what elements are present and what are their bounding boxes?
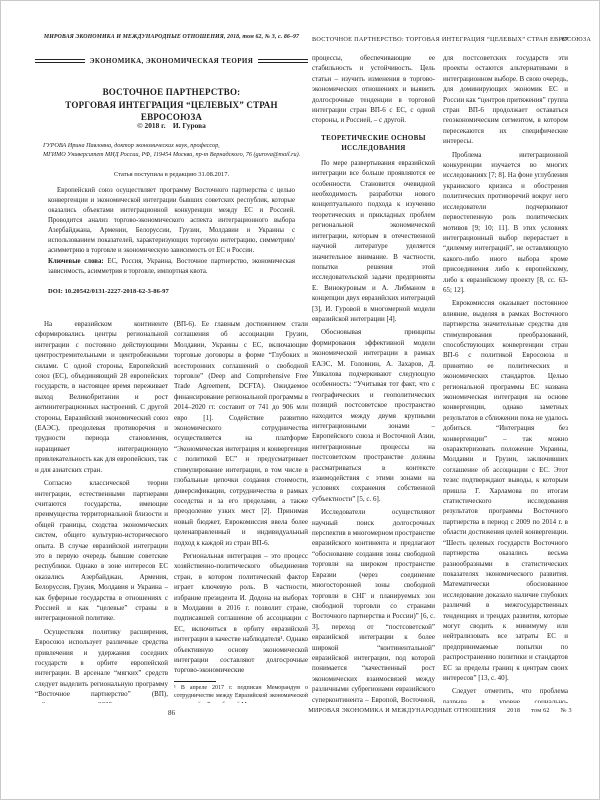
paragraph: Еврокомиссия оказывает постоянное влияни… bbox=[443, 298, 568, 683]
doi-line: DOI: 10.20542/0131-2227-2018-62-3-86-97 bbox=[48, 288, 295, 295]
left-page: МИРОВАЯ ЭКОНОМИКА И МЕЖДУНАРОДНЫЕ ОТНОШЕ… bbox=[35, 0, 308, 800]
paragraph: для постсоветских государств эти проекты… bbox=[443, 53, 568, 147]
footnote-rule bbox=[174, 681, 216, 682]
journal-header-line: МИРОВАЯ ЭКОНОМИКА И МЕЖДУНАРОДНЫЕ ОТНОШЕ… bbox=[35, 34, 308, 40]
banner-rule-left bbox=[35, 59, 85, 63]
footer-journal-name: МИРОВАЯ ЭКОНОМИКА И МЕЖДУНАРОДНЫЕ ОТНОШЕ… bbox=[308, 707, 496, 714]
paragraph: Следует отметить, что проблема разрыва в… bbox=[443, 686, 568, 703]
page-number-right: 87 bbox=[562, 36, 569, 43]
section-heading-line1: ТЕОРЕТИЧЕСКИЕ ОСНОВЫ bbox=[312, 133, 435, 143]
article-title-line2: ТОРГОВАЯ ИНТЕГРАЦИЯ “ЦЕЛЕВЫХ” СТРАН ЕВРО… bbox=[35, 99, 308, 124]
journal-footer: МИРОВАЯ ЭКОНОМИКА И МЕЖДУНАРОДНЫЕ ОТНОШЕ… bbox=[312, 707, 568, 714]
left-page-column-2: (ВП-6). Ее главным достижением стали сог… bbox=[174, 319, 308, 703]
affiliation-line2: МГИМО Университет МИД России, РФ, 119454… bbox=[43, 150, 308, 159]
right-page-column-2: для постсоветских государств эти проекты… bbox=[443, 53, 568, 703]
section-banner-label: ЭКОНОМИКА, ЭКОНОМИЧЕСКАЯ ТЕОРИЯ bbox=[90, 57, 253, 65]
paragraph: Обосновывая принципы формирования эффект… bbox=[312, 327, 435, 504]
page-number-left: 86 bbox=[35, 709, 308, 717]
paragraph: По мере развертывания евразийской интегр… bbox=[312, 158, 435, 325]
article-title-line1: ВОСТОЧНОЕ ПАРТНЕРСТВО: bbox=[35, 86, 308, 99]
paragraph: (ВП-6). Ее главным достижением стали сог… bbox=[174, 319, 308, 548]
footer-year: 2018 bbox=[507, 707, 520, 714]
running-head-title: ВОСТОЧНОЕ ПАРТНЕРСТВО: ТОРГОВАЯ ИНТЕГРАЦ… bbox=[312, 36, 591, 43]
paragraph: Согласно классической теории интеграции,… bbox=[35, 478, 168, 624]
paragraph: процессы, обеспечивающие ее стабильность… bbox=[312, 53, 435, 126]
right-page: ВОСТОЧНОЕ ПАРТНЕРСТВО: ТОРГОВАЯ ИНТЕГРАЦ… bbox=[312, 0, 568, 800]
footnote: ¹ В апреле 2017 г. подписан Меморандум о… bbox=[174, 684, 308, 703]
paragraph: На евразийском континенте сформировались… bbox=[35, 319, 168, 475]
copyright-author-line: © 2018 г. И. Гурова bbox=[35, 121, 308, 130]
running-head: ВОСТОЧНОЕ ПАРТНЕРСТВО: ТОРГОВАЯ ИНТЕГРАЦ… bbox=[312, 36, 568, 43]
footer-volume: том 62 bbox=[531, 707, 549, 714]
article-title: ВОСТОЧНОЕ ПАРТНЕРСТВО: ТОРГОВАЯ ИНТЕГРАЦ… bbox=[35, 86, 308, 124]
abstract: Европейский союз осуществляет программу … bbox=[48, 186, 295, 256]
affiliation-line1: ГУРОВА Ирина Павловна, доктор экономичес… bbox=[43, 141, 308, 150]
received-date-line: Статья поступила в редакцию 31.08.2017. bbox=[35, 171, 308, 178]
author-affiliation: ГУРОВА Ирина Павловна, доктор экономичес… bbox=[43, 141, 308, 159]
paragraph: Проблема интеграционной конкуренции изуч… bbox=[443, 150, 568, 296]
keywords-label: Ключевые слова: bbox=[48, 258, 104, 265]
right-page-column-1: процессы, обеспечивающие ее стабильность… bbox=[312, 53, 435, 703]
section-heading-line2: ИССЛЕДОВАНИЯ bbox=[312, 143, 435, 153]
keywords-block: Ключевые слова: ЕС, Россия, Украина, Вос… bbox=[48, 257, 295, 277]
section-banner: ЭКОНОМИКА, ЭКОНОМИЧЕСКАЯ ТЕОРИЯ bbox=[35, 57, 308, 65]
section-heading: ТЕОРЕТИЧЕСКИЕ ОСНОВЫ ИССЛЕДОВАНИЯ bbox=[312, 133, 435, 153]
banner-rule-right bbox=[258, 59, 308, 63]
paragraph: Осуществляя политику расширения, Евросою… bbox=[35, 627, 168, 703]
paragraph: Региональная интеграция – это процесс хо… bbox=[174, 551, 308, 676]
paragraph: Исследователи осуществляют научный поиск… bbox=[312, 507, 435, 703]
left-page-column-1: На евразийском континенте сформировались… bbox=[35, 319, 168, 703]
footer-issue: № 3 bbox=[561, 707, 572, 714]
